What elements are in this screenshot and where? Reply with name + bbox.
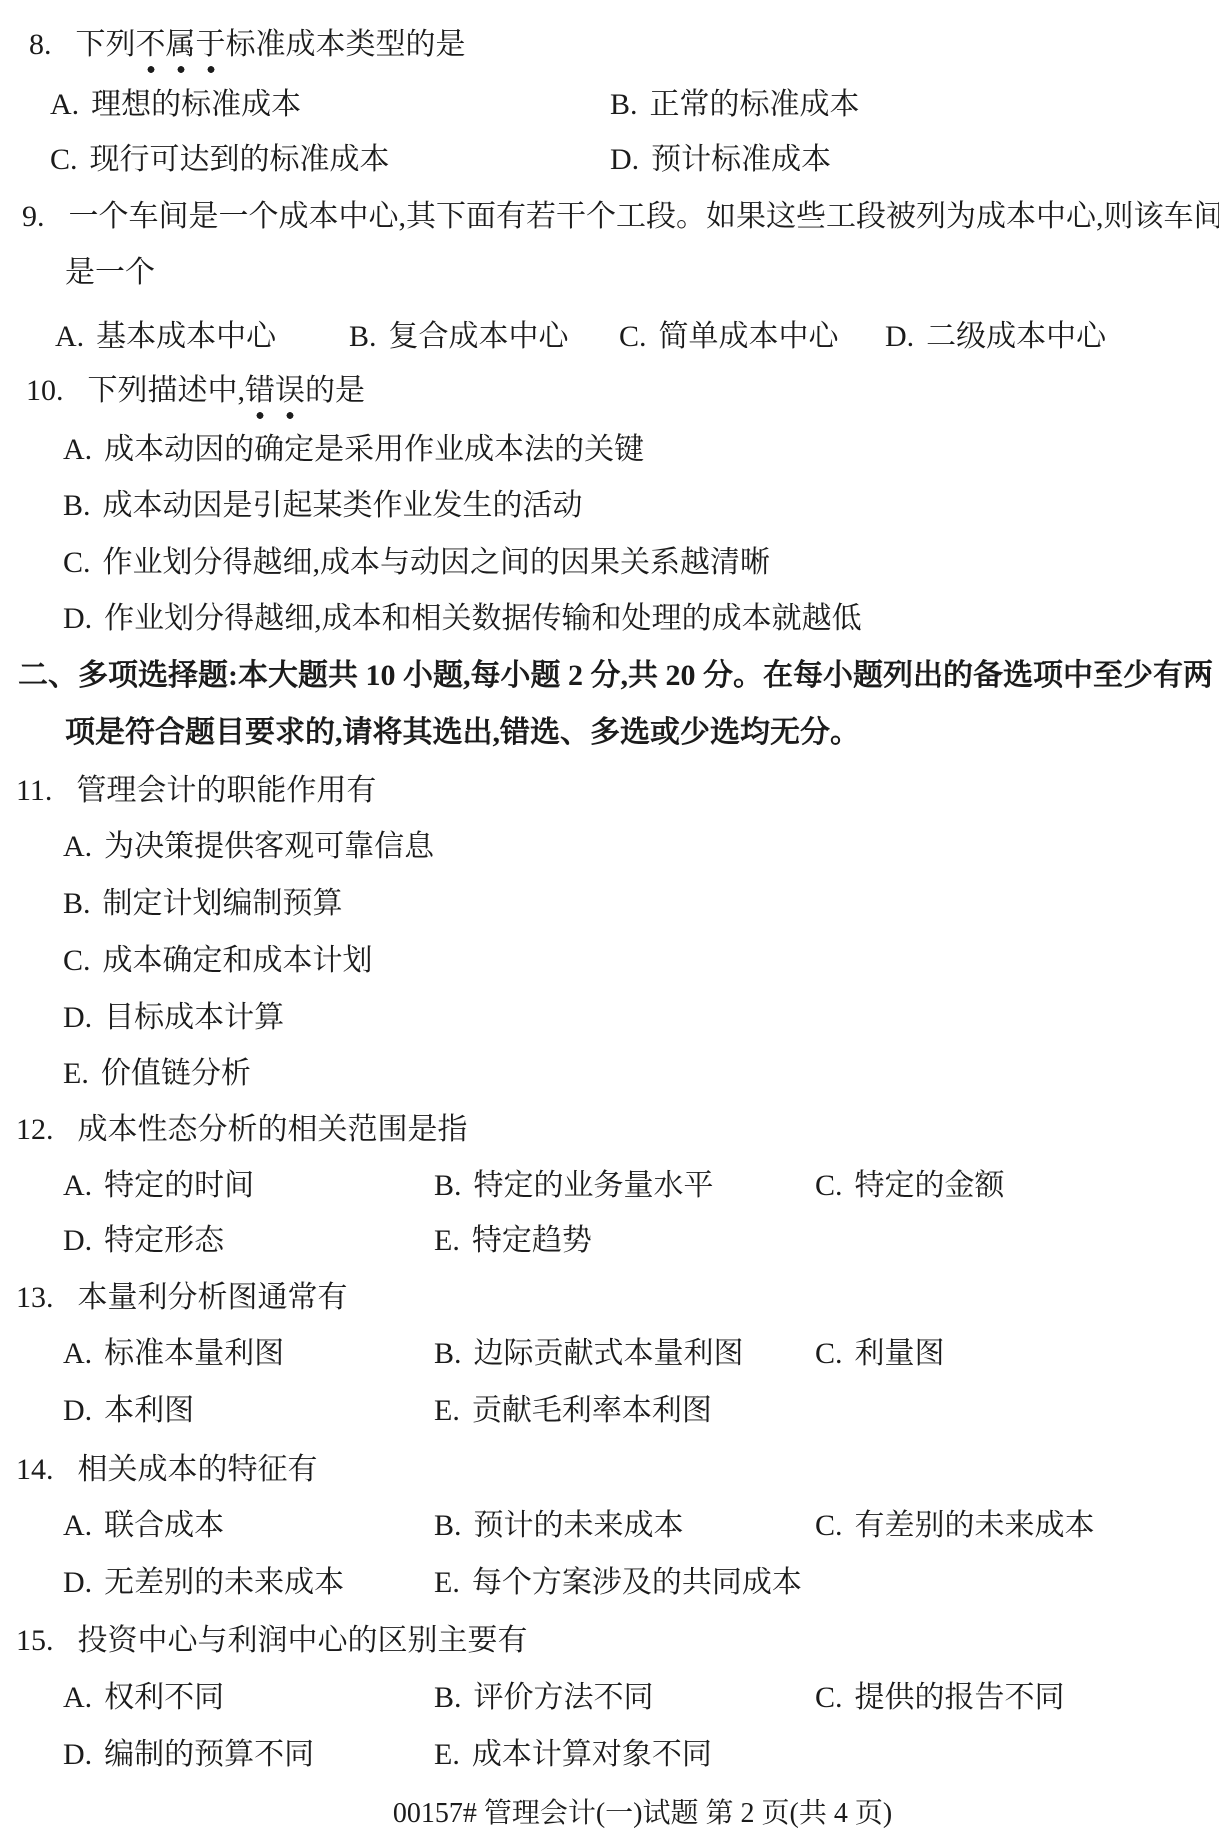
question-9-stem-line2: 是一个 — [65, 256, 155, 291]
option-label: C. — [815, 1509, 843, 1542]
question-12-option-a: A.特定的时间 — [63, 1169, 254, 1204]
question-10-stem-post: 的是 — [305, 374, 365, 407]
option-text: 无差别的未来成本 — [104, 1566, 344, 1599]
question-14-option-d: D.无差别的未来成本 — [63, 1566, 344, 1601]
option-text: 目标成本计算 — [104, 1001, 284, 1034]
question-8-stem-emphasis: 不属于 — [136, 28, 226, 63]
question-11-stem: 11.管理会计的职能作用有 — [16, 774, 376, 809]
question-11-option-d: D.目标成本计算 — [63, 1001, 284, 1036]
option-label: D. — [63, 1224, 92, 1257]
option-label: D. — [63, 1738, 92, 1771]
option-label: E. — [63, 1057, 89, 1090]
option-label: A. — [63, 1337, 92, 1370]
option-label: C. — [50, 143, 78, 176]
question-14-option-a: A.联合成本 — [63, 1509, 224, 1544]
option-label: A. — [63, 1169, 92, 1202]
section-2-heading-line2: 项是符合题目要求的,请将其选出,错选、多选或少选均无分。 — [65, 716, 860, 751]
question-10-option-c: C.作业划分得越细,成本与动因之间的因果关系越清晰 — [63, 546, 770, 581]
option-text: 成本计算对象不同 — [472, 1738, 712, 1771]
option-text: 为决策提供客观可靠信息 — [104, 830, 434, 863]
option-label: E. — [434, 1566, 460, 1599]
question-9-option-b: B.复合成本中心 — [349, 320, 569, 355]
option-label: D. — [63, 602, 92, 635]
question-8-option-b: B.正常的标准成本 — [610, 88, 860, 123]
option-text: 提供的报告不同 — [855, 1681, 1065, 1714]
option-text: 成本动因是引起某类作业发生的活动 — [103, 489, 583, 522]
option-text: 现行可达到的标准成本 — [90, 143, 390, 176]
section-2-heading-line1: 二、多项选择题:本大题共 10 小题,每小题 2 分,共 20 分。在每小题列出… — [18, 659, 1213, 694]
question-11-option-b: B.制定计划编制预算 — [63, 887, 343, 922]
option-label: B. — [63, 489, 91, 522]
question-8-stem-post: 标准成本类型的是 — [226, 28, 466, 61]
option-text: 特定的业务量水平 — [474, 1169, 714, 1202]
option-text: 有差别的未来成本 — [855, 1509, 1095, 1542]
option-text: 评价方法不同 — [474, 1681, 654, 1714]
option-text: 作业划分得越细,成本和相关数据传输和处理的成本就越低 — [104, 602, 862, 635]
question-8-option-d: D.预计标准成本 — [610, 143, 831, 178]
question-11-stem-text: 管理会计的职能作用有 — [76, 774, 376, 807]
option-text: 制定计划编制预算 — [103, 887, 343, 920]
option-text: 特定的金额 — [855, 1169, 1005, 1202]
option-label: A. — [63, 433, 92, 466]
question-15-stem: 15.投资中心与利润中心的区别主要有 — [16, 1624, 528, 1659]
question-14-stem: 14.相关成本的特征有 — [16, 1453, 318, 1488]
question-9-stem-text-cont: 是一个 — [65, 256, 155, 289]
option-label: C. — [63, 546, 91, 579]
question-12-option-d: D.特定形态 — [63, 1224, 224, 1259]
option-label: A. — [63, 830, 92, 863]
question-15-option-e: E.成本计算对象不同 — [434, 1738, 712, 1773]
option-text: 编制的预算不同 — [104, 1738, 314, 1771]
question-12-stem: 12.成本性态分析的相关范围是指 — [16, 1113, 468, 1148]
option-text: 复合成本中心 — [389, 320, 569, 353]
question-13-stem: 13.本量利分析图通常有 — [16, 1281, 348, 1316]
question-8-stem: 8.下列不属于标准成本类型的是 — [29, 28, 466, 63]
option-label: A. — [50, 88, 79, 121]
question-13-option-a: A.标准本量利图 — [63, 1337, 284, 1372]
option-text: 本利图 — [104, 1394, 194, 1427]
option-label: E. — [434, 1394, 460, 1427]
question-11-option-c: C.成本确定和成本计划 — [63, 944, 373, 979]
question-13-option-b: B.边际贡献式本量利图 — [434, 1337, 744, 1372]
option-label: B. — [434, 1337, 462, 1370]
question-13-option-e: E.贡献毛利率本利图 — [434, 1394, 712, 1429]
question-14-option-b: B.预计的未来成本 — [434, 1509, 684, 1544]
question-14-stem-text: 相关成本的特征有 — [78, 1453, 318, 1486]
option-text: 每个方案涉及的共同成本 — [472, 1566, 802, 1599]
option-text: 联合成本 — [104, 1509, 224, 1542]
option-label: E. — [434, 1738, 460, 1771]
question-15-option-a: A.权利不同 — [63, 1681, 224, 1716]
question-14-number: 14. — [16, 1453, 54, 1486]
question-12-option-b: B.特定的业务量水平 — [434, 1169, 714, 1204]
option-label: D. — [885, 320, 914, 353]
question-9-option-a: A.基本成本中心 — [55, 320, 276, 355]
question-9-stem-text: 一个车间是一个成本中心,其下面有若干个工段。如果这些工段被列为成本中心,则该车间 — [69, 200, 1219, 233]
option-text: 二级成本中心 — [926, 320, 1106, 353]
option-text: 特定的时间 — [104, 1169, 254, 1202]
section-heading-text-cont: 项是符合题目要求的,请将其选出,错选、多选或少选均无分。 — [65, 716, 860, 749]
question-8-option-a: A.理想的标准成本 — [50, 88, 301, 123]
option-label: B. — [349, 320, 377, 353]
question-10-option-d: D.作业划分得越细,成本和相关数据传输和处理的成本就越低 — [63, 602, 862, 637]
question-10-number: 10. — [26, 374, 64, 407]
question-13-stem-text: 本量利分析图通常有 — [78, 1281, 348, 1314]
question-9-option-d: D.二级成本中心 — [885, 320, 1106, 355]
question-13-option-d: D.本利图 — [63, 1394, 194, 1429]
option-text: 边际贡献式本量利图 — [474, 1337, 744, 1370]
option-text: 理想的标准成本 — [91, 88, 301, 121]
question-15-option-d: D.编制的预算不同 — [63, 1738, 314, 1773]
page-footer-text: 00157# 管理会计(一)试题 第 2 页(共 4 页) — [393, 1798, 892, 1829]
question-15-option-c: C.提供的报告不同 — [815, 1681, 1065, 1716]
option-text: 利量图 — [855, 1337, 945, 1370]
option-label: D. — [63, 1394, 92, 1427]
exam-paper-page: 8.下列不属于标准成本类型的是 A.理想的标准成本 B.正常的标准成本 C.现行… — [0, 0, 1219, 1845]
question-10-stem-emphasis: 错误 — [245, 374, 305, 409]
option-text: 成本确定和成本计划 — [103, 944, 373, 977]
question-11-option-e: E.价值链分析 — [63, 1057, 251, 1092]
question-9-number: 9. — [22, 200, 45, 233]
question-15-option-b: B.评价方法不同 — [434, 1681, 654, 1716]
question-14-option-e: E.每个方案涉及的共同成本 — [434, 1566, 802, 1601]
option-label: A. — [63, 1509, 92, 1542]
question-12-number: 12. — [16, 1113, 54, 1146]
question-13-number: 13. — [16, 1281, 54, 1314]
option-label: D. — [610, 143, 639, 176]
option-text: 特定趋势 — [472, 1224, 592, 1257]
question-13-option-c: C.利量图 — [815, 1337, 945, 1372]
question-12-option-e: E.特定趋势 — [434, 1224, 592, 1259]
page-footer: 00157# 管理会计(一)试题 第 2 页(共 4 页) — [393, 1791, 892, 1831]
question-9-stem-line1: 9.一个车间是一个成本中心,其下面有若干个工段。如果这些工段被列为成本中心,则该… — [22, 200, 1219, 235]
question-8-stem-pre: 下列 — [76, 28, 136, 61]
option-label: D. — [63, 1566, 92, 1599]
option-label: B. — [434, 1509, 462, 1542]
option-label: A. — [63, 1681, 92, 1714]
option-label: C. — [619, 320, 647, 353]
option-text: 简单成本中心 — [659, 320, 839, 353]
option-label: C. — [815, 1681, 843, 1714]
option-text: 基本成本中心 — [96, 320, 276, 353]
question-10-option-b: B.成本动因是引起某类作业发生的活动 — [63, 489, 583, 524]
option-text: 价值链分析 — [101, 1057, 251, 1090]
question-12-option-c: C.特定的金额 — [815, 1169, 1005, 1204]
question-10-stem: 10.下列描述中,错误的是 — [26, 374, 365, 409]
option-label: E. — [434, 1224, 460, 1257]
question-9-option-c: C.简单成本中心 — [619, 320, 839, 355]
option-label: B. — [434, 1169, 462, 1202]
option-text: 预计的未来成本 — [474, 1509, 684, 1542]
option-label: A. — [55, 320, 84, 353]
question-8-option-c: C.现行可达到的标准成本 — [50, 143, 390, 178]
question-11-number: 11. — [16, 774, 52, 807]
option-label: B. — [434, 1681, 462, 1714]
option-label: C. — [63, 944, 91, 977]
question-8-number: 8. — [29, 28, 52, 61]
option-label: C. — [815, 1169, 843, 1202]
option-text: 标准本量利图 — [104, 1337, 284, 1370]
option-label: D. — [63, 1001, 92, 1034]
option-text: 贡献毛利率本利图 — [472, 1394, 712, 1427]
question-10-option-a: A.成本动因的确定是采用作业成本法的关键 — [63, 433, 644, 468]
question-14-option-c: C.有差别的未来成本 — [815, 1509, 1095, 1544]
question-15-number: 15. — [16, 1624, 54, 1657]
option-label: B. — [610, 88, 638, 121]
question-12-stem-text: 成本性态分析的相关范围是指 — [78, 1113, 468, 1146]
question-11-option-a: A.为决策提供客观可靠信息 — [63, 830, 434, 865]
option-text: 权利不同 — [104, 1681, 224, 1714]
section-heading-text: 二、多项选择题:本大题共 10 小题,每小题 2 分,共 20 分。在每小题列出… — [18, 659, 1213, 692]
question-10-stem-pre: 下列描述中, — [88, 374, 246, 407]
option-text: 正常的标准成本 — [650, 88, 860, 121]
option-label: C. — [815, 1337, 843, 1370]
option-label: B. — [63, 887, 91, 920]
option-text: 预计标准成本 — [651, 143, 831, 176]
option-text: 特定形态 — [104, 1224, 224, 1257]
question-15-stem-text: 投资中心与利润中心的区别主要有 — [78, 1624, 528, 1657]
option-text: 成本动因的确定是采用作业成本法的关键 — [104, 433, 644, 466]
option-text: 作业划分得越细,成本与动因之间的因果关系越清晰 — [103, 546, 771, 579]
